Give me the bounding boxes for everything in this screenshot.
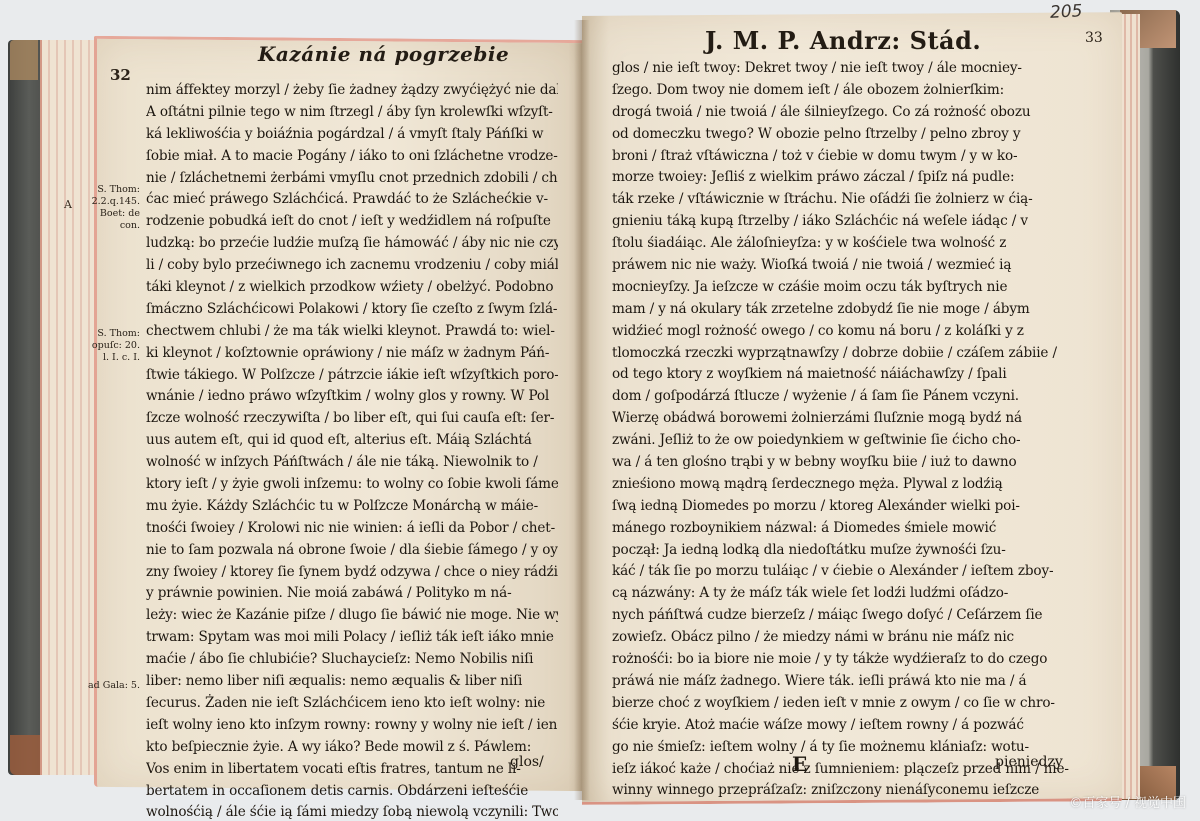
text-line: tnośći ſwoiey / Krolowi nic nie winien: … bbox=[146, 518, 558, 540]
text-line: liber: nemo liber niſi æqualis: nemo æqu… bbox=[146, 671, 558, 693]
text-line: glos / nie ieſt twoy: Dekret twoy / nie … bbox=[612, 58, 1070, 80]
marginal-note: ad Gala: 5. bbox=[82, 680, 140, 692]
text-line: dom / goſpodárzá ſtlucze / wyżenie / á ſ… bbox=[612, 386, 1070, 408]
text-line: wolnośćią / ále śćie ią ſámi miedzy ſobą… bbox=[146, 802, 558, 821]
text-line: śćie kryie. Atoż maćie wáſze mowy / ieſt… bbox=[612, 715, 1070, 737]
text-line: trwam: Spytam was moi mili Polacy / ieſl… bbox=[146, 627, 558, 649]
text-line: táki kleynot / z wielkich przodkow wźiet… bbox=[146, 277, 558, 299]
text-line: znieśiono mową mądrą ſerdecznego męża. P… bbox=[612, 474, 1070, 496]
text-line: winny winnego przepráſzaſz: zniſzczony n… bbox=[612, 780, 1070, 802]
text-line: práwem nic nie waży. Wioſká twoiá / nie … bbox=[612, 255, 1070, 277]
text-line: wa / á ten glośno trąbi y w bebny woyſku… bbox=[612, 452, 1070, 474]
text-line: nych páńſtwá cudze bierzeſz / máiąc ſweg… bbox=[612, 605, 1070, 627]
text-line: ſecurus. Żaden nie ieſt Szláchćicem ieno… bbox=[146, 693, 558, 715]
text-line: morze twoiey: Jeſliś z wielkim práwo zác… bbox=[612, 167, 1070, 189]
text-line: bierze choć z woyſkiem / ieden ieſt v mn… bbox=[612, 693, 1070, 715]
book-photograph: A 32 Kazánie ná pogrzebie S. Thom: 2.2.q… bbox=[0, 0, 1200, 821]
text-line: práwá nie máſz żadnego. Wiere ták. ieſli… bbox=[612, 671, 1070, 693]
text-line: nie / ſzláchetnemi żerbámi vmyſlu cnot p… bbox=[146, 168, 558, 190]
text-line: ſobie miał. A to macie Pogány / iáko to … bbox=[146, 146, 558, 168]
text-line: zowieſz. Obácz pilno / że miedzy námi w … bbox=[612, 627, 1070, 649]
text-line: maćie / ábo ſie chlubićie? Sluchaycieſz:… bbox=[146, 649, 558, 671]
text-line: broni / ſtraż vſtáwiczna / toż v ćiebie … bbox=[612, 146, 1070, 168]
leather-corner bbox=[10, 735, 44, 775]
page-number-right: 33 bbox=[1085, 30, 1103, 46]
text-line: gnieniu táką kupą ſtrzelby / iáko Szlách… bbox=[612, 211, 1070, 233]
text-line: Wierzę obádwá borowemi żolnierzámi ſluſz… bbox=[612, 408, 1070, 430]
text-line: ták rzeke / vſtáwicznie w ſtráchu. Nie o… bbox=[612, 189, 1070, 211]
text-line: ſtwie tákiego. W Polſzcze / pátrzcie iák… bbox=[146, 365, 558, 387]
right-page-body: glos / nie ieſt twoy: Dekret twoy / nie … bbox=[612, 58, 1070, 802]
text-line: Vos enim in libertatem vocati eſtis frat… bbox=[146, 759, 558, 781]
right-page-stack bbox=[1120, 14, 1140, 799]
text-line: mánego rozboynikiem názwal: á Diomedes ś… bbox=[612, 518, 1070, 540]
text-line: od domeczku twego? W obozie pelno ſtrzel… bbox=[612, 124, 1070, 146]
marginal-note: S. Thom: 2.2.q.145. Boet: de con. bbox=[88, 184, 140, 232]
text-line: ćac mieć práwego Szláchćicá. Prawdáć to … bbox=[146, 189, 558, 211]
text-line: A oſtátni pilnie tego w nim ſtrzegl / áb… bbox=[146, 102, 558, 124]
pencil-annotation: 205 bbox=[1049, 1, 1082, 23]
text-line: ſtolu śiadáiąc. Ale żáloſnieyſza: y w ko… bbox=[612, 233, 1070, 255]
text-line: rożnośći: bo ia biore nie moie / y ty tá… bbox=[612, 649, 1070, 671]
text-line: tlomoczká rzeczki wyprzątnawſzy / dobrze… bbox=[612, 343, 1070, 365]
text-line: drogá twoiá / nie twoiá / ále śilnieyſze… bbox=[612, 102, 1070, 124]
text-line: kto beſpiecznie żyie. A wy iáko? Bede mo… bbox=[146, 737, 558, 759]
text-line: zny ſwoiey / ktorey ſie ſynem bydź odzyw… bbox=[146, 562, 558, 584]
text-line: káć / ták ſie po morzu tuláiąc / v ćiebi… bbox=[612, 561, 1070, 583]
page-number-left: 32 bbox=[110, 66, 131, 84]
text-line: li / coby bylo przećiwnego ich zacnemu v… bbox=[146, 255, 558, 277]
catchword-left: glos/ bbox=[510, 754, 544, 770]
text-line: ieſt wolny ieno kto inſzym rowny: rowny … bbox=[146, 715, 558, 737]
text-line: począł: Ja iedną lodką dla niedoſtátku m… bbox=[612, 540, 1070, 562]
text-line: mu żyie. Káżdy Szláchćic tu w Polſzcze M… bbox=[146, 496, 558, 518]
text-line: nim áffektey morzyl / żeby ſie żadney żą… bbox=[146, 80, 558, 102]
running-head-left: Kazánie ná pogrzebie bbox=[258, 42, 509, 66]
leather-corner bbox=[10, 40, 38, 80]
text-line: rodzenie pobudká ieſt do cnot / ieſt y w… bbox=[146, 211, 558, 233]
text-line: cą názwány: A ty że máſz ták wiele ſet l… bbox=[612, 583, 1070, 605]
text-line: chectwem chlubi / że ma ták wielki kleyn… bbox=[146, 321, 558, 343]
text-line: nie to ſam pozwala ná obrone ſwoie / dla… bbox=[146, 540, 558, 562]
text-line: wolność w inſzych Páńſtwách / ále nie tá… bbox=[146, 452, 558, 474]
running-head-right: J. M. P. Andrz: Stád. bbox=[705, 26, 981, 55]
text-line: od tego ktory z woyſkiem ná maietność ná… bbox=[612, 364, 1070, 386]
text-line: zwáni. Jeſliż to że ow poiedynkiem w geſ… bbox=[612, 430, 1070, 452]
left-page-stack bbox=[40, 40, 100, 775]
text-line: ki kleynot / koſztownie opráwiony / nie … bbox=[146, 343, 558, 365]
catchword-right: pieniedzy bbox=[995, 754, 1063, 770]
edge-mark: A bbox=[64, 198, 72, 211]
text-line: bertatem in occaſionem detis carnis. Obd… bbox=[146, 781, 558, 803]
text-line: widźieć mogl rożność owego / co komu ná … bbox=[612, 321, 1070, 343]
text-line: leży: wiec że Kazánie piſze / dlugo ſie … bbox=[146, 605, 558, 627]
text-line: y práwnie powinien. Nie moiá zabáwá / Po… bbox=[146, 583, 558, 605]
signature-mark: E bbox=[792, 752, 807, 776]
text-line: mam / y ná okulary ták zrzetelne zdobydź… bbox=[612, 299, 1070, 321]
text-line: ludzką: bo przećie ludźie muſzą ſie hámo… bbox=[146, 233, 558, 255]
marginal-note: S. Thom: opuſc: 20. l. I. c. I. bbox=[88, 328, 140, 364]
watermark: ©百家号 / 视觉中国 bbox=[1069, 792, 1186, 811]
text-line: ktory ieſt / y żyie gwoli inſzemu: to wo… bbox=[146, 474, 558, 496]
text-line: mocnieyſzy. Ja ieſzcze w czáśie moim ocz… bbox=[612, 277, 1070, 299]
text-line: ká lekliwośćia y boiáźnia pogárdzal / á … bbox=[146, 124, 558, 146]
text-line: ſzcze wolność rzeczywiſta / bo liber eſt… bbox=[146, 408, 558, 430]
book-gutter bbox=[574, 20, 590, 800]
left-page-body: nim áffektey morzyl / żeby ſie żadney żą… bbox=[146, 80, 558, 821]
text-line: ſzego. Dom twoy nie domem ieſt / ále obo… bbox=[612, 80, 1070, 102]
text-line: ſwą iedną Diomedes po morzu / ktoreg Ale… bbox=[612, 496, 1070, 518]
text-line: ſmáczno Szláchćicowi Polakowi / ktory ſi… bbox=[146, 299, 558, 321]
text-line: wnánie / iedno práwo wſzyſtkim / wolny g… bbox=[146, 386, 558, 408]
text-line: uus autem eſt, qui id quod eſt, alterius… bbox=[146, 430, 558, 452]
